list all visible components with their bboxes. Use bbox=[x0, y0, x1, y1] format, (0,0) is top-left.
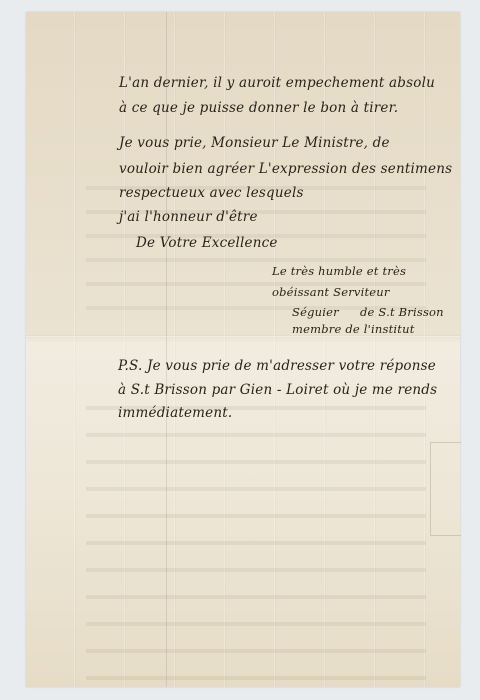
body-line: à ce que je puisse donner le bon à tirer… bbox=[119, 100, 398, 116]
postscript-line: immédiatement. bbox=[118, 405, 232, 421]
body-line: vouloir bien agréer L'expression des sen… bbox=[119, 161, 452, 177]
body-line: respectueux avec lesquels bbox=[119, 185, 304, 201]
postscript-line: à S.t Brisson par Gien - Loiret où je me… bbox=[118, 382, 437, 398]
body-line: Je vous prie, Monsieur Le Ministre, de bbox=[119, 135, 390, 151]
salutation: De Votre Excellence bbox=[136, 235, 278, 251]
signature-title: membre de l'institut bbox=[292, 322, 415, 336]
bleed-through-text bbox=[76, 80, 80, 94]
letter-paper: L'an dernier, il y auroit empechement ab… bbox=[26, 12, 460, 687]
body-line: j'ai l'honneur d'être bbox=[119, 209, 258, 225]
postscript-line: P.S. Je vous prie de m'adresser votre ré… bbox=[118, 358, 436, 374]
bleed-through-text-block bbox=[86, 392, 426, 682]
closing-line: obéissant Serviteur bbox=[272, 285, 390, 299]
signature-name: Séguier bbox=[292, 305, 339, 319]
closing-line: Le très humble et très bbox=[272, 264, 406, 278]
paper-flap-outline bbox=[430, 442, 461, 536]
signature-place: de S.t Brisson bbox=[360, 305, 444, 319]
body-line: L'an dernier, il y auroit empechement ab… bbox=[119, 75, 435, 91]
